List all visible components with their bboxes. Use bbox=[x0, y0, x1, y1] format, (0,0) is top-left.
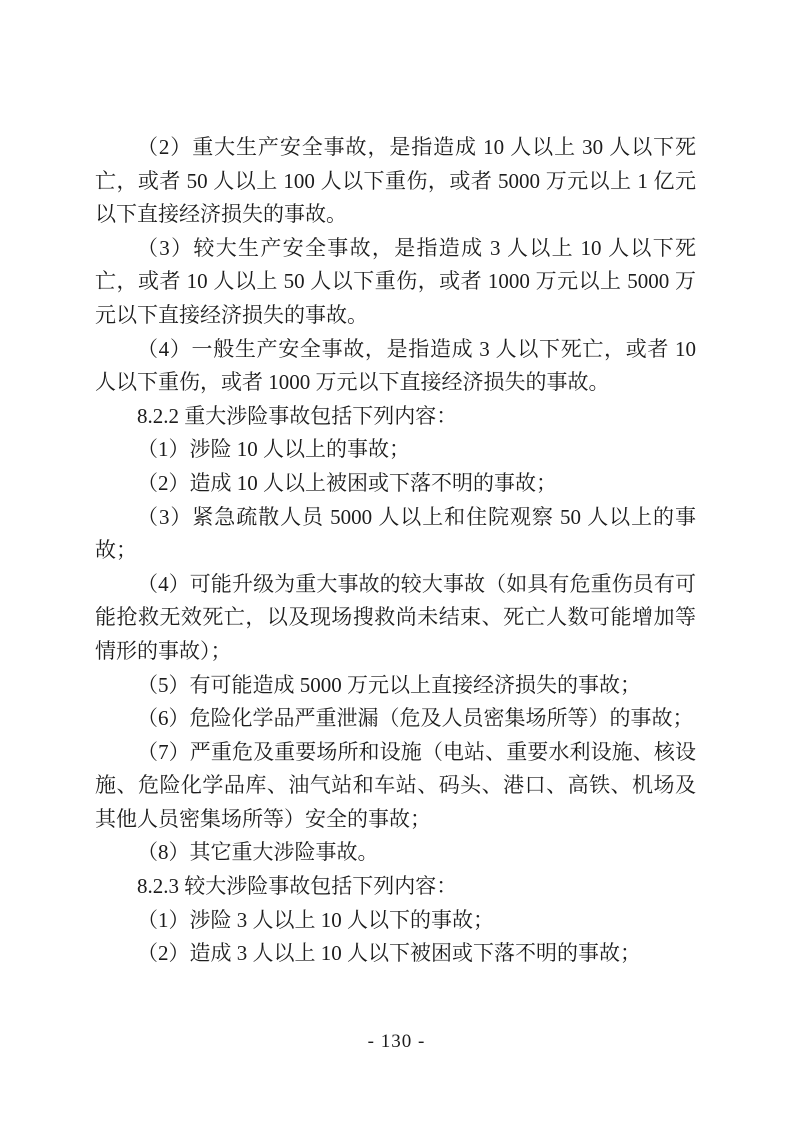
list-item-1: （1）涉险 10 人以上的事故； bbox=[95, 433, 696, 467]
paragraph-major-production-accident: （2）重大生产安全事故，是指造成 10 人以上 30 人以下死亡，或者 50 人… bbox=[95, 131, 696, 232]
document-body: （2）重大生产安全事故，是指造成 10 人以上 30 人以下死亡，或者 50 人… bbox=[95, 131, 696, 971]
list-item-3: （3）紧急疏散人员 5000 人以上和住院观察 50 人以上的事故； bbox=[95, 501, 696, 568]
paragraph-ordinary-production-accident: （4）一般生产安全事故，是指造成 3 人以下死亡，或者 10 人以下重伤，或者 … bbox=[95, 333, 696, 400]
list-item-8: （8）其它重大涉险事故。 bbox=[95, 836, 696, 870]
list-item-4: （4）可能升级为重大事故的较大事故（如具有危重伤员有可能抢救无效死亡，以及现场搜… bbox=[95, 568, 696, 669]
list-item-5: （5）有可能造成 5000 万元以上直接经济损失的事故； bbox=[95, 669, 696, 703]
list-item-6: （6）危险化学品严重泄漏（危及人员密集场所等）的事故； bbox=[95, 702, 696, 736]
list-item-8-2-3-2: （2）造成 3 人以上 10 人以下被困或下落不明的事故； bbox=[95, 937, 696, 971]
document-page: （2）重大生产安全事故，是指造成 10 人以上 30 人以下死亡，或者 50 人… bbox=[0, 0, 793, 1122]
list-item-8-2-3-1: （1）涉险 3 人以上 10 人以下的事故； bbox=[95, 904, 696, 938]
list-item-2: （2）造成 10 人以上被困或下落不明的事故； bbox=[95, 467, 696, 501]
page-number: - 130 - bbox=[0, 1030, 793, 1054]
heading-8-2-2: 8.2.2 重大涉险事故包括下列内容： bbox=[95, 400, 696, 434]
heading-8-2-3: 8.2.3 较大涉险事故包括下列内容： bbox=[95, 870, 696, 904]
list-item-7: （7）严重危及重要场所和设施（电站、重要水利设施、核设施、危险化学品库、油气站和… bbox=[95, 736, 696, 837]
paragraph-serious-production-accident: （3）较大生产安全事故，是指造成 3 人以上 10 人以下死亡，或者 10 人以… bbox=[95, 232, 696, 333]
